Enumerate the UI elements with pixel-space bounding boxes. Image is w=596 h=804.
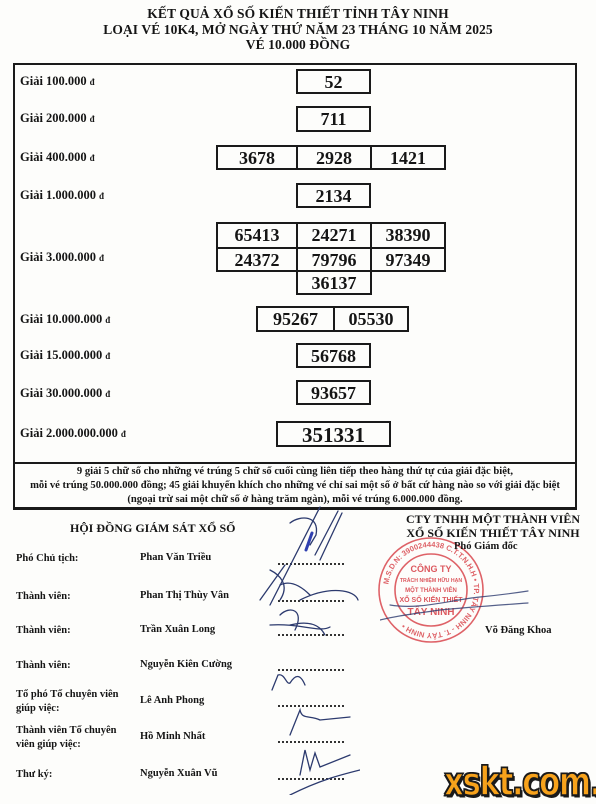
member-name: Hồ Minh Nhất: [140, 731, 205, 742]
prize-number-3m: 24271: [296, 222, 372, 249]
prize-number-3m: 65413: [216, 222, 298, 249]
signature-line: [278, 778, 344, 780]
header-title: KẾT QUẢ XỔ SỐ KIẾN THIẾT TỈNH TÂY NINH: [0, 6, 596, 22]
deputy-director-name: Võ Đăng Khoa: [485, 625, 552, 636]
prize-number-200k: 711: [296, 106, 371, 132]
consolation-note: 9 giải 5 chữ số cho những vé trúng 5 chữ…: [13, 462, 577, 510]
prize-number-3m: 36137: [296, 270, 372, 295]
document-header: KẾT QUẢ XỔ SỐ KIẾN THIẾT TỈNH TÂY NINH L…: [0, 6, 596, 53]
prize-label-special: Giải 2.000.000.000đ: [20, 426, 126, 441]
member-role: Thành viên Tổ chuyên viên giúp việc:: [16, 724, 128, 752]
member-name: Lê Anh Phong: [140, 695, 204, 706]
header-ticket-info: LOẠI VÉ 10K4, MỞ NGÀY THỨ NĂM 23 THÁNG 1…: [0, 22, 596, 38]
signature-line: [278, 563, 344, 565]
prize-number-400k: 2928: [296, 145, 372, 170]
signature-line: [278, 600, 344, 602]
prize-number-15m: 56768: [296, 343, 371, 368]
signature-line: [278, 634, 344, 636]
prize-label-100k: Giải 100.000đ: [20, 74, 95, 89]
member-role: Thành viên:: [16, 659, 126, 673]
member-role: Thành viên:: [16, 624, 126, 638]
svg-text:CÔNG TY: CÔNG TY: [410, 563, 451, 574]
prize-number-3m: 38390: [370, 222, 446, 249]
member-name: Phan Văn Triều: [140, 552, 211, 563]
note-line: mỗi vé trúng 50.000.000 đồng; 45 giải kh…: [15, 479, 575, 493]
company-line: CTY TNHH MỘT THÀNH VIÊN: [383, 512, 596, 526]
member-name: Phan Thị Thùy Vân: [140, 590, 229, 601]
prize-number-10m: 05530: [333, 306, 409, 332]
signature-line: [278, 669, 344, 671]
prize-number-30m: 93657: [296, 380, 371, 405]
signature-strokes-icon: [250, 505, 360, 795]
prize-number-special: 351331: [276, 421, 391, 447]
prize-number-100k: 52: [296, 69, 371, 94]
member-role: Thư ký:: [16, 768, 126, 782]
member-role: Tổ phó Tổ chuyên viên giúp việc:: [16, 688, 134, 716]
member-name: Nguyễn Kiên Cường: [140, 659, 232, 670]
watermark-logo: xskt.com.vn: [444, 760, 596, 804]
prize-number-10m: 95267: [256, 306, 335, 332]
prize-number-400k: 3678: [216, 145, 298, 170]
prize-label-10m: Giải 10.000.000đ: [20, 312, 110, 327]
member-role: Thành viên:: [16, 590, 126, 604]
member-name: Nguyễn Xuân Vũ: [140, 768, 217, 779]
prize-label-400k: Giải 400.000đ: [20, 150, 95, 165]
prize-label-200k: Giải 200.000đ: [20, 111, 95, 126]
prize-label-3m: Giải 3.000.000đ: [20, 250, 104, 265]
signature-line: [278, 705, 344, 707]
prize-label-30m: Giải 30.000.000đ: [20, 386, 110, 401]
svg-text:MỘT THÀNH VIÊN: MỘT THÀNH VIÊN: [405, 586, 457, 594]
prize-number-400k: 1421: [370, 145, 446, 170]
council-title: HỘI ĐỒNG GIÁM SÁT XỔ SỐ: [70, 521, 235, 536]
prize-label-15m: Giải 15.000.000đ: [20, 348, 110, 363]
deputy-director-title: Phó Giám đốc: [454, 541, 518, 552]
header-ticket-price: VÉ 10.000 ĐỒNG: [0, 37, 596, 53]
member-role: Phó Chủ tịch:: [16, 552, 126, 566]
prize-number-3m: 79796: [296, 247, 372, 272]
member-name: Trần Xuân Long: [140, 624, 215, 635]
svg-text:TÂY NINH: TÂY NINH: [407, 605, 454, 618]
prize-number-3m: 24372: [216, 247, 298, 272]
signature-line: [278, 741, 344, 743]
svg-text:XỔ SỐ KIẾN THIẾT: XỔ SỐ KIẾN THIẾT: [399, 594, 463, 604]
svg-text:TRÁCH NHIỆM HỮU HẠN: TRÁCH NHIỆM HỮU HẠN: [400, 576, 462, 584]
note-line: 9 giải 5 chữ số cho những vé trúng 5 chữ…: [15, 465, 575, 479]
note-line: (ngoại trừ sai một chữ số ở hàng trăm ng…: [15, 493, 575, 507]
prize-number-3m: 97349: [370, 247, 446, 272]
prize-label-1m: Giải 1.000.000đ: [20, 188, 104, 203]
prize-number-1m: 2134: [296, 183, 371, 208]
